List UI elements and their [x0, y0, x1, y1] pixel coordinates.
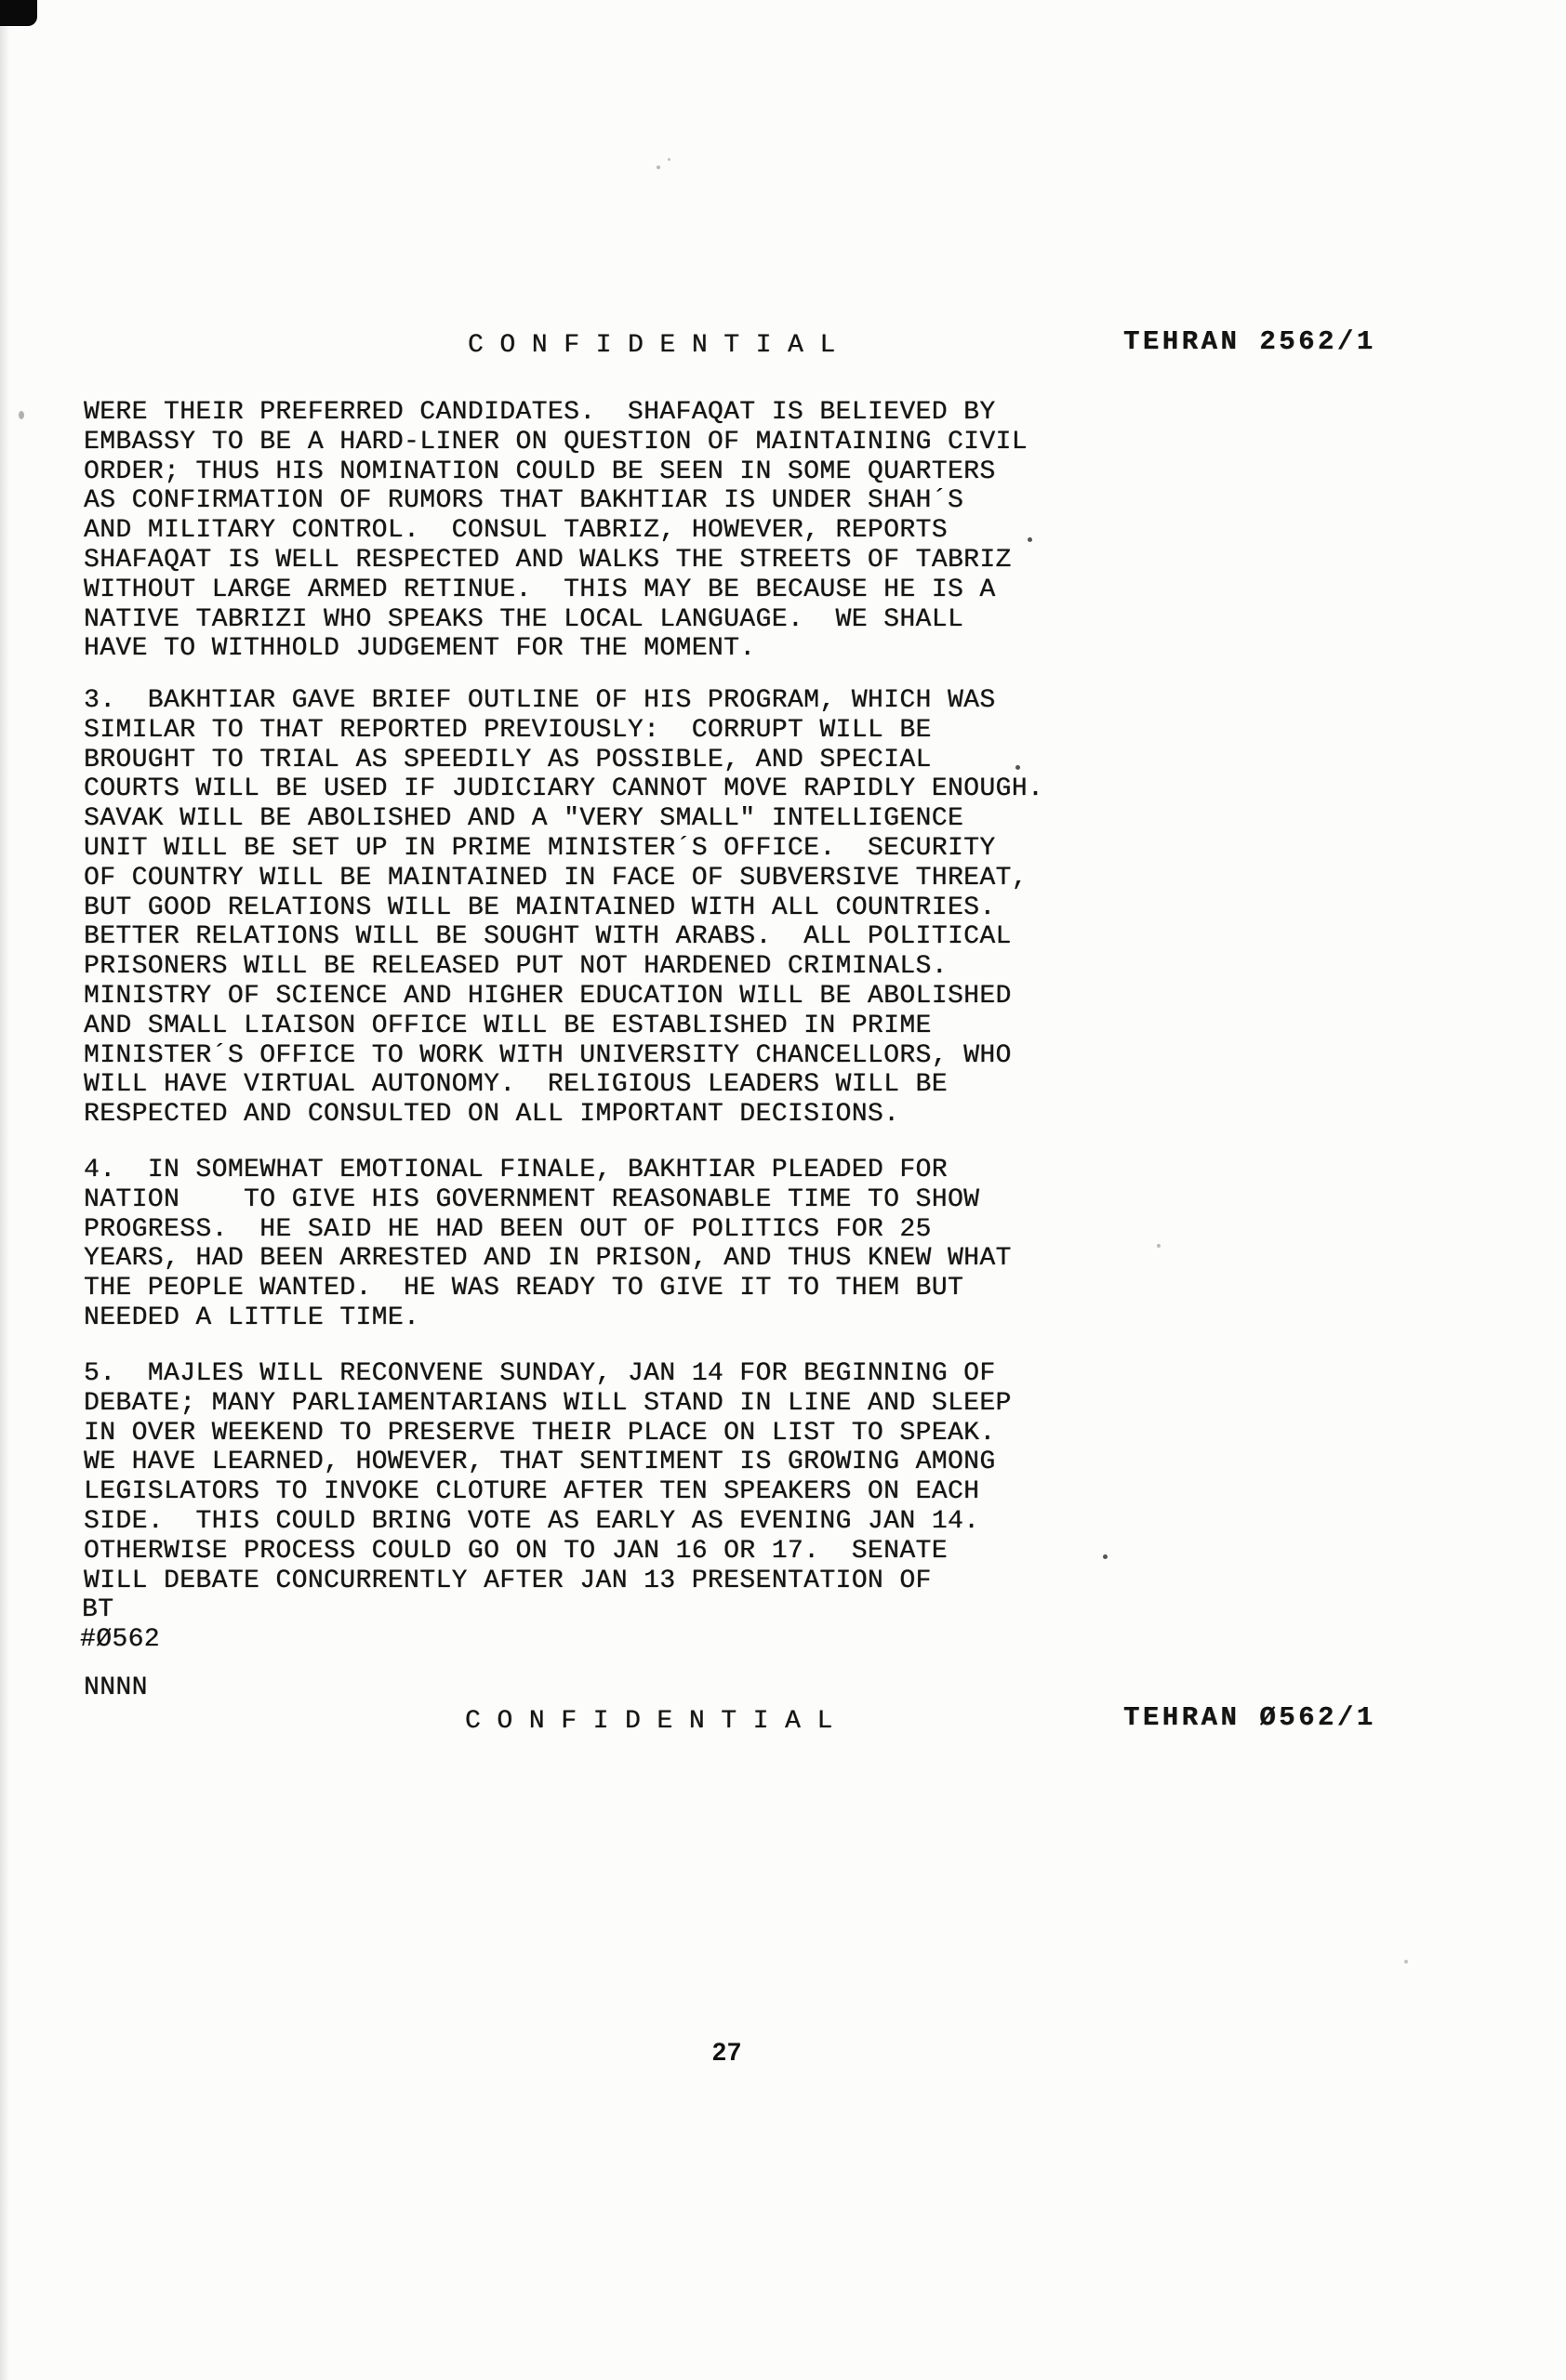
text-line: 5. MAJLES WILL RECONVENE SUNDAY, JAN 14 … [84, 1359, 1012, 1389]
text-line: OF COUNTRY WILL BE MAINTAINED IN FACE OF… [84, 864, 1043, 893]
text-line: ORDER; THUS HIS NOMINATION COULD BE SEEN… [84, 457, 1028, 487]
classification-header: C O N F I D E N T I A L [468, 331, 836, 361]
text-line: LEGISLATORS TO INVOKE CLOTURE AFTER TEN … [84, 1477, 1012, 1507]
text-line: OTHERWISE PROCESS COULD GO ON TO JAN 16 … [84, 1537, 1012, 1567]
reference-footer: TEHRAN Ø562/1 [1123, 1703, 1376, 1733]
text-line: MINISTER´S OFFICE TO WORK WITH UNIVERSIT… [84, 1041, 1043, 1071]
text-line: COURTS WILL BE USED IF JUDICIARY CANNOT … [84, 774, 1043, 804]
text-line: 4. IN SOMEWHAT EMOTIONAL FINALE, BAKHTIA… [84, 1156, 1012, 1185]
scan-corner-mark [0, 0, 37, 26]
text-line: SIDE. THIS COULD BRING VOTE AS EARLY AS … [84, 1507, 1012, 1537]
text-line: PRISONERS WILL BE RELEASED PUT NOT HARDE… [84, 952, 1043, 982]
text-line: EMBASSY TO BE A HARD-LINER ON QUESTION O… [84, 428, 1028, 457]
scan-speck [1103, 1554, 1108, 1559]
text-line: AND MILITARY CONTROL. CONSUL TABRIZ, HOW… [84, 516, 1028, 546]
scan-edge-shading [0, 0, 9, 2380]
message-number: #Ø562 [80, 1625, 160, 1655]
text-line: SHAFAQAT IS WELL RESPECTED AND WALKS THE… [84, 546, 1028, 575]
text-line: BETTER RELATIONS WILL BE SOUGHT WITH ARA… [84, 922, 1043, 952]
text-line: PROGRESS. HE SAID HE HAD BEEN OUT OF POL… [84, 1215, 1012, 1245]
text-line: SIMILAR TO THAT REPORTED PREVIOUSLY: COR… [84, 716, 1043, 746]
scan-speck [1015, 765, 1020, 770]
scan-speck [657, 165, 660, 169]
text-line: DEBATE; MANY PARLIAMENTARIANS WILL STAND… [84, 1389, 1012, 1419]
text-line: YEARS, HAD BEEN ARRESTED AND IN PRISON, … [84, 1244, 1012, 1274]
scan-speck [668, 158, 670, 161]
document-page: C O N F I D E N T I A L TEHRAN 2562/1 WE… [0, 0, 1566, 2380]
classification-footer: C O N F I D E N T I A L [465, 1707, 833, 1737]
text-line: UNIT WILL BE SET UP IN PRIME MINISTER´S … [84, 834, 1043, 864]
text-line: WILL HAVE VIRTUAL AUTONOMY. RELIGIOUS LE… [84, 1070, 1043, 1100]
paragraph-4: 4. IN SOMEWHAT EMOTIONAL FINALE, BAKHTIA… [84, 1156, 1012, 1333]
text-line: 3. BAKHTIAR GAVE BRIEF OUTLINE OF HIS PR… [84, 686, 1043, 716]
paragraph-continuation: WERE THEIR PREFERRED CANDIDATES. SHAFAQA… [84, 398, 1028, 664]
text-line: NATION TO GIVE HIS GOVERNMENT REASONABLE… [84, 1185, 1012, 1215]
text-line: RESPECTED AND CONSULTED ON ALL IMPORTANT… [84, 1100, 1043, 1130]
paragraph-5: 5. MAJLES WILL RECONVENE SUNDAY, JAN 14 … [84, 1359, 1012, 1595]
text-line: WERE THEIR PREFERRED CANDIDATES. SHAFAQA… [84, 398, 1028, 428]
text-line: AS CONFIRMATION OF RUMORS THAT BAKHTIAR … [84, 486, 1028, 516]
text-line: SAVAK WILL BE ABOLISHED AND A "VERY SMAL… [84, 804, 1043, 834]
text-line: IN OVER WEEKEND TO PRESERVE THEIR PLACE … [84, 1419, 1012, 1448]
paragraph-3: 3. BAKHTIAR GAVE BRIEF OUTLINE OF HIS PR… [84, 686, 1043, 1130]
scan-speck [1028, 537, 1032, 542]
text-line: BUT GOOD RELATIONS WILL BE MAINTAINED WI… [84, 893, 1043, 923]
text-line: HAVE TO WITHHOLD JUDGEMENT FOR THE MOMEN… [84, 634, 1028, 664]
text-line: MINISTRY OF SCIENCE AND HIGHER EDUCATION… [84, 982, 1043, 1011]
text-line: AND SMALL LIAISON OFFICE WILL BE ESTABLI… [84, 1011, 1043, 1041]
scan-speck [1404, 1960, 1408, 1963]
text-line: BROUGHT TO TRIAL AS SPEEDILY AS POSSIBLE… [84, 746, 1043, 775]
page-number: 27 [712, 2038, 742, 2067]
text-line: THE PEOPLE WANTED. HE WAS READY TO GIVE … [84, 1274, 1012, 1303]
text-line: WE HAVE LEARNED, HOWEVER, THAT SENTIMENT… [84, 1448, 1012, 1477]
text-line: WILL DEBATE CONCURRENTLY AFTER JAN 13 PR… [84, 1567, 1012, 1596]
sign-off-bt: BT [82, 1595, 113, 1625]
text-line: NEEDED A LITTLE TIME. [84, 1303, 1012, 1333]
scan-speck [1157, 1244, 1161, 1248]
text-line: WITHOUT LARGE ARMED RETINUE. THIS MAY BE… [84, 575, 1028, 605]
text-line: NATIVE TABRIZI WHO SPEAKS THE LOCAL LANG… [84, 605, 1028, 635]
scan-speck [19, 411, 24, 419]
terminator-nnnn: NNNN [84, 1673, 148, 1703]
reference-header: TEHRAN 2562/1 [1123, 327, 1376, 357]
